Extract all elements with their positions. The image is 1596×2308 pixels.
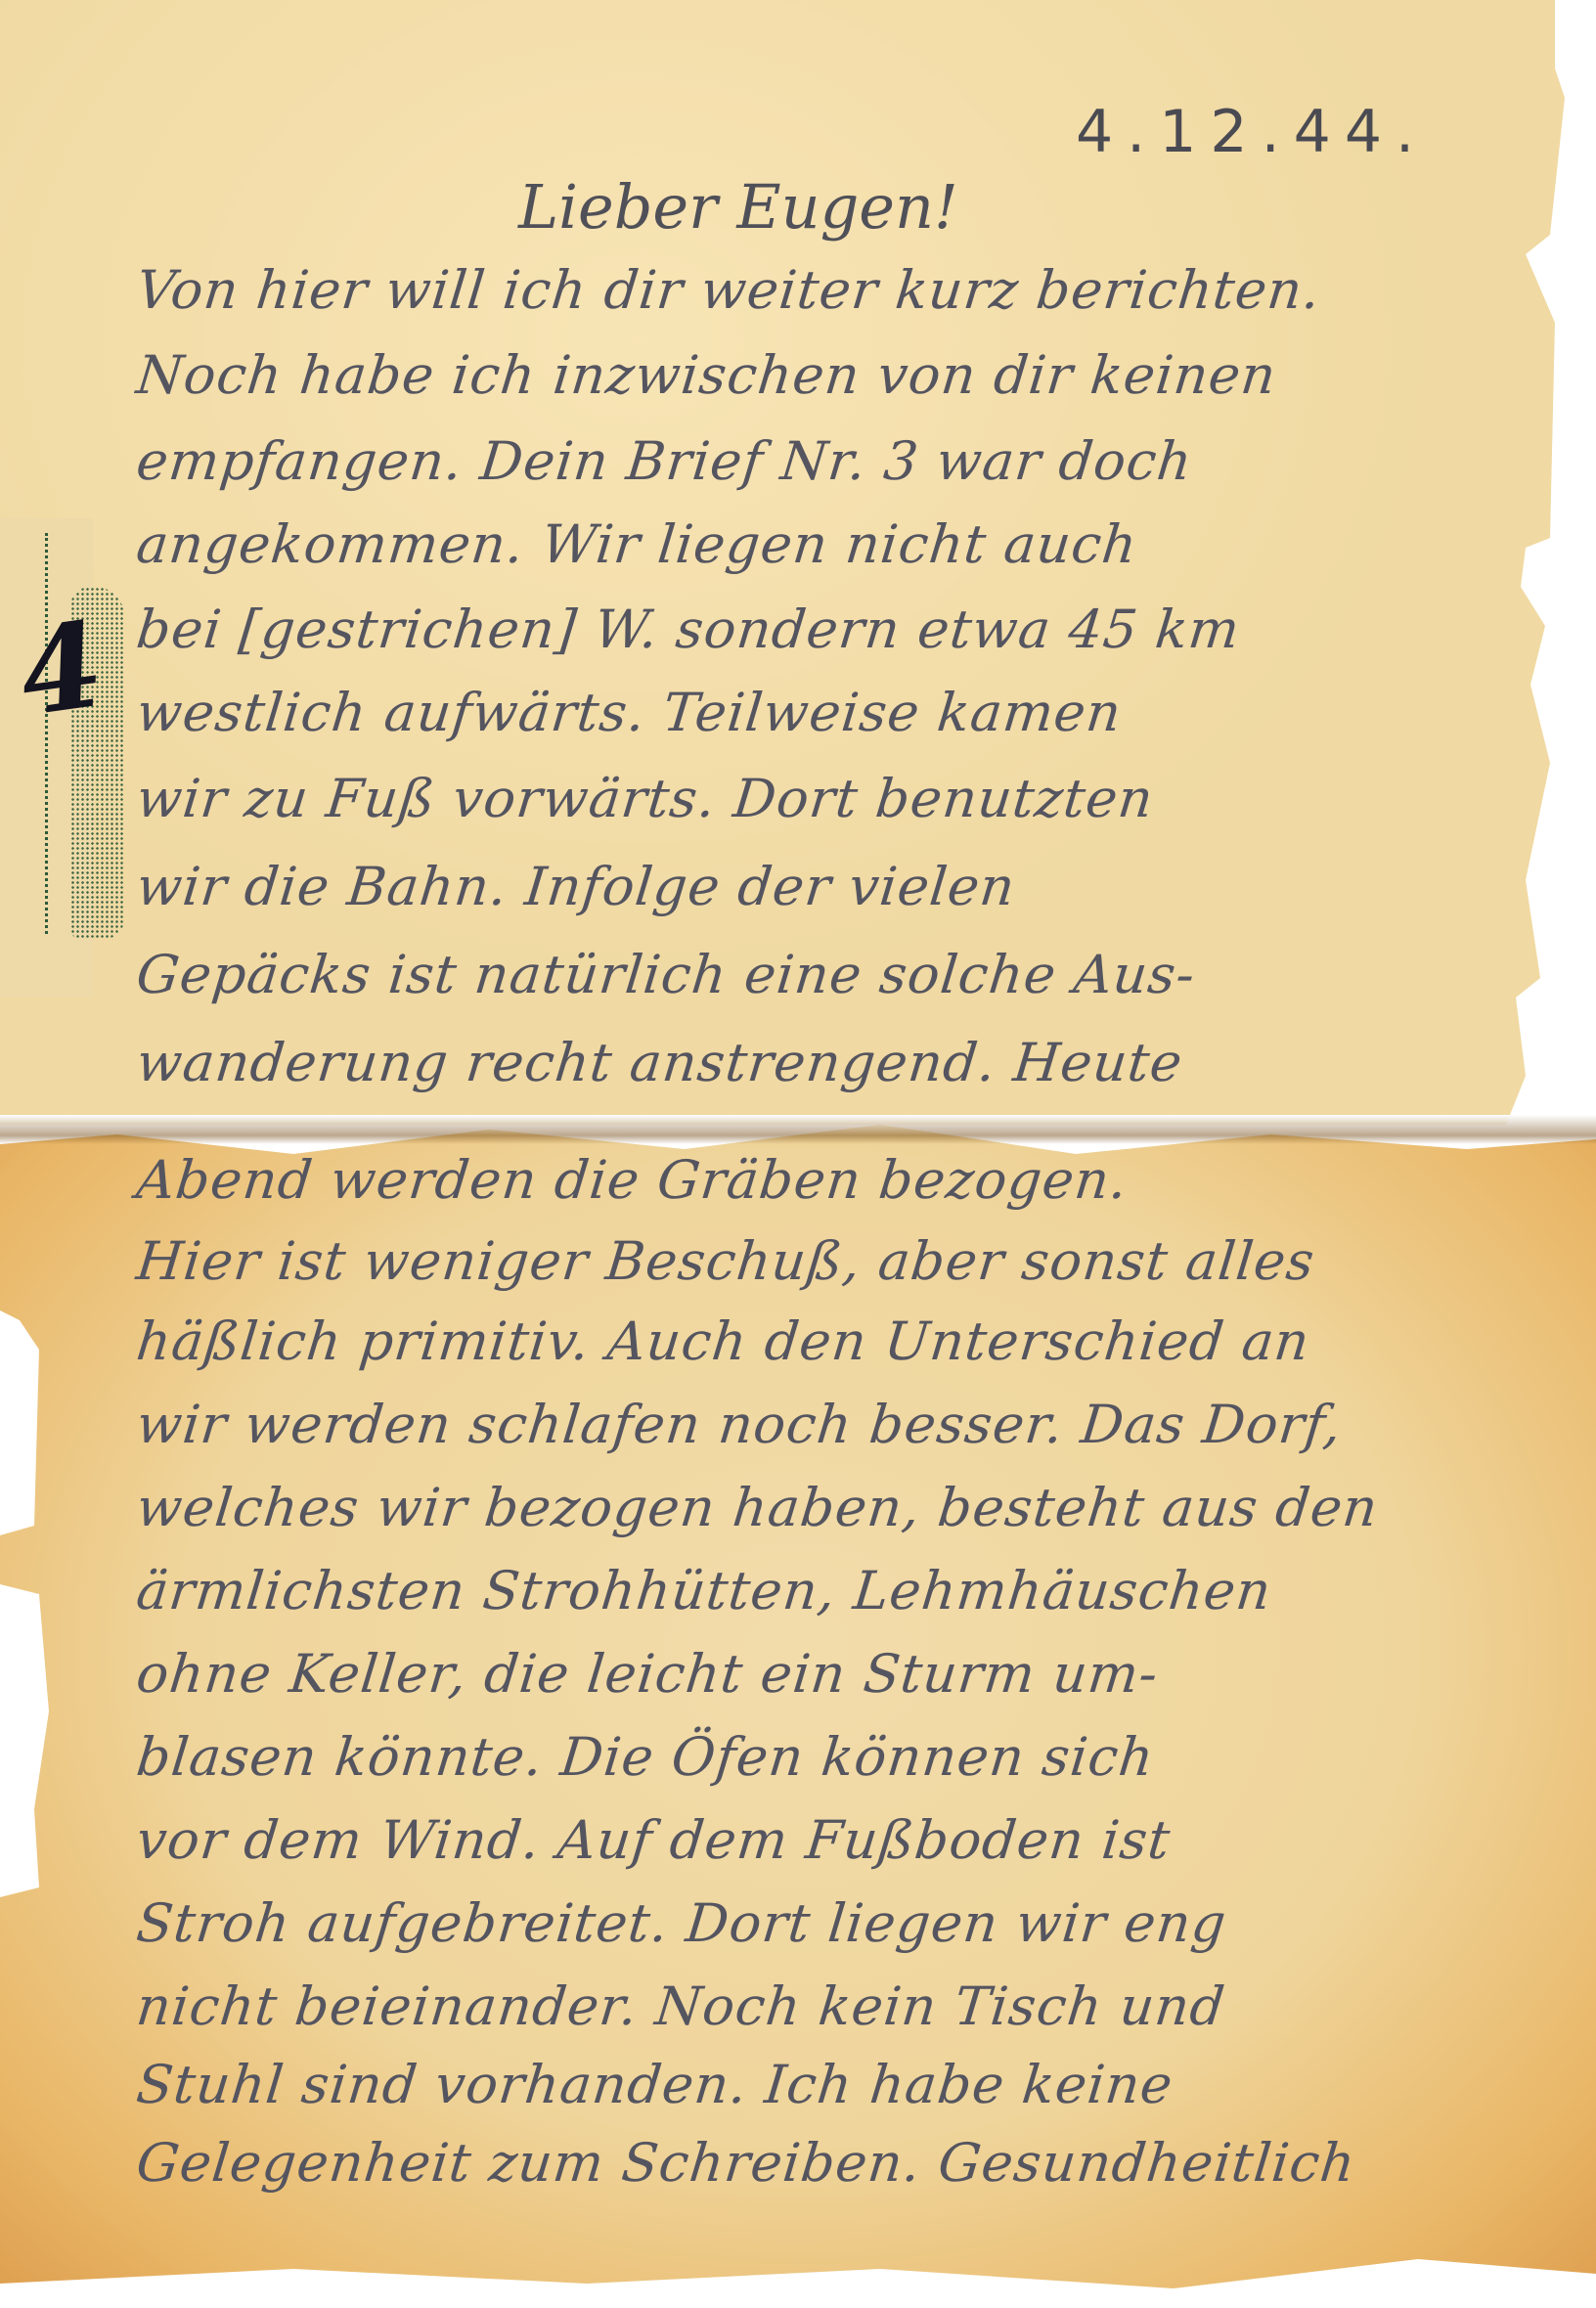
salutation: Lieber Eugen! xyxy=(518,171,958,243)
letter-line: Noch habe ich inzwischen von dir keinen xyxy=(134,344,1539,406)
letter-line: empfangen. Dein Brief Nr. 3 war doch xyxy=(134,430,1539,492)
letter-line: Abend werden die Gräben bezogen. xyxy=(134,1149,1539,1211)
letter-line: wir werden schlafen noch besser. Das Dor… xyxy=(134,1394,1539,1455)
letter-line: wir zu Fuß vorwärts. Dort benutzten xyxy=(134,768,1539,829)
letter-line: nicht beieinander. Noch kein Tisch und xyxy=(134,1975,1539,2037)
letter-line: bei [gestrichen] W. sondern etwa 45 km xyxy=(134,599,1539,660)
tear-line xyxy=(0,1115,1596,1144)
letter-line: wir die Bahn. Infolge der vielen xyxy=(134,856,1539,917)
page-number: 4 xyxy=(18,604,103,734)
letter-line: vor dem Wind. Auf dem Fußboden ist xyxy=(134,1809,1539,1871)
letter-line: Hier ist weniger Beschuß, aber sonst all… xyxy=(134,1230,1539,1292)
letter-line: welches wir bezogen haben, besteht aus d… xyxy=(134,1477,1539,1538)
letter-line: Gepäcks ist natürlich eine solche Aus- xyxy=(134,944,1539,1005)
letter-line: wanderung recht anstrengend. Heute xyxy=(134,1032,1539,1093)
letter-line: ärmlichsten Strohhütten, Lehmhäuschen xyxy=(134,1560,1539,1621)
letter-line: westlich aufwärts. Teilweise kamen xyxy=(134,682,1539,743)
letter-line: Stroh aufgebreitet. Dort liegen wir eng xyxy=(134,1892,1539,1954)
letter-line: Stuhl sind vorhanden. Ich habe keine xyxy=(134,2054,1539,2115)
letter-line: blasen könnte. Die Öfen können sich xyxy=(134,1726,1539,1788)
letter-date: 4.12.44. xyxy=(1076,98,1428,166)
letter-line: ohne Keller, die leicht ein Sturm um- xyxy=(134,1643,1539,1705)
letter-line: Gelegenheit zum Schreiben. Gesundheitlic… xyxy=(134,2132,1539,2194)
letter-line: Von hier will ich dir weiter kurz berich… xyxy=(134,259,1539,321)
letter-line: häßlich primitiv. Auch den Unterschied a… xyxy=(134,1310,1539,1372)
letter-line: angekommen. Wir liegen nicht auch xyxy=(134,513,1539,575)
